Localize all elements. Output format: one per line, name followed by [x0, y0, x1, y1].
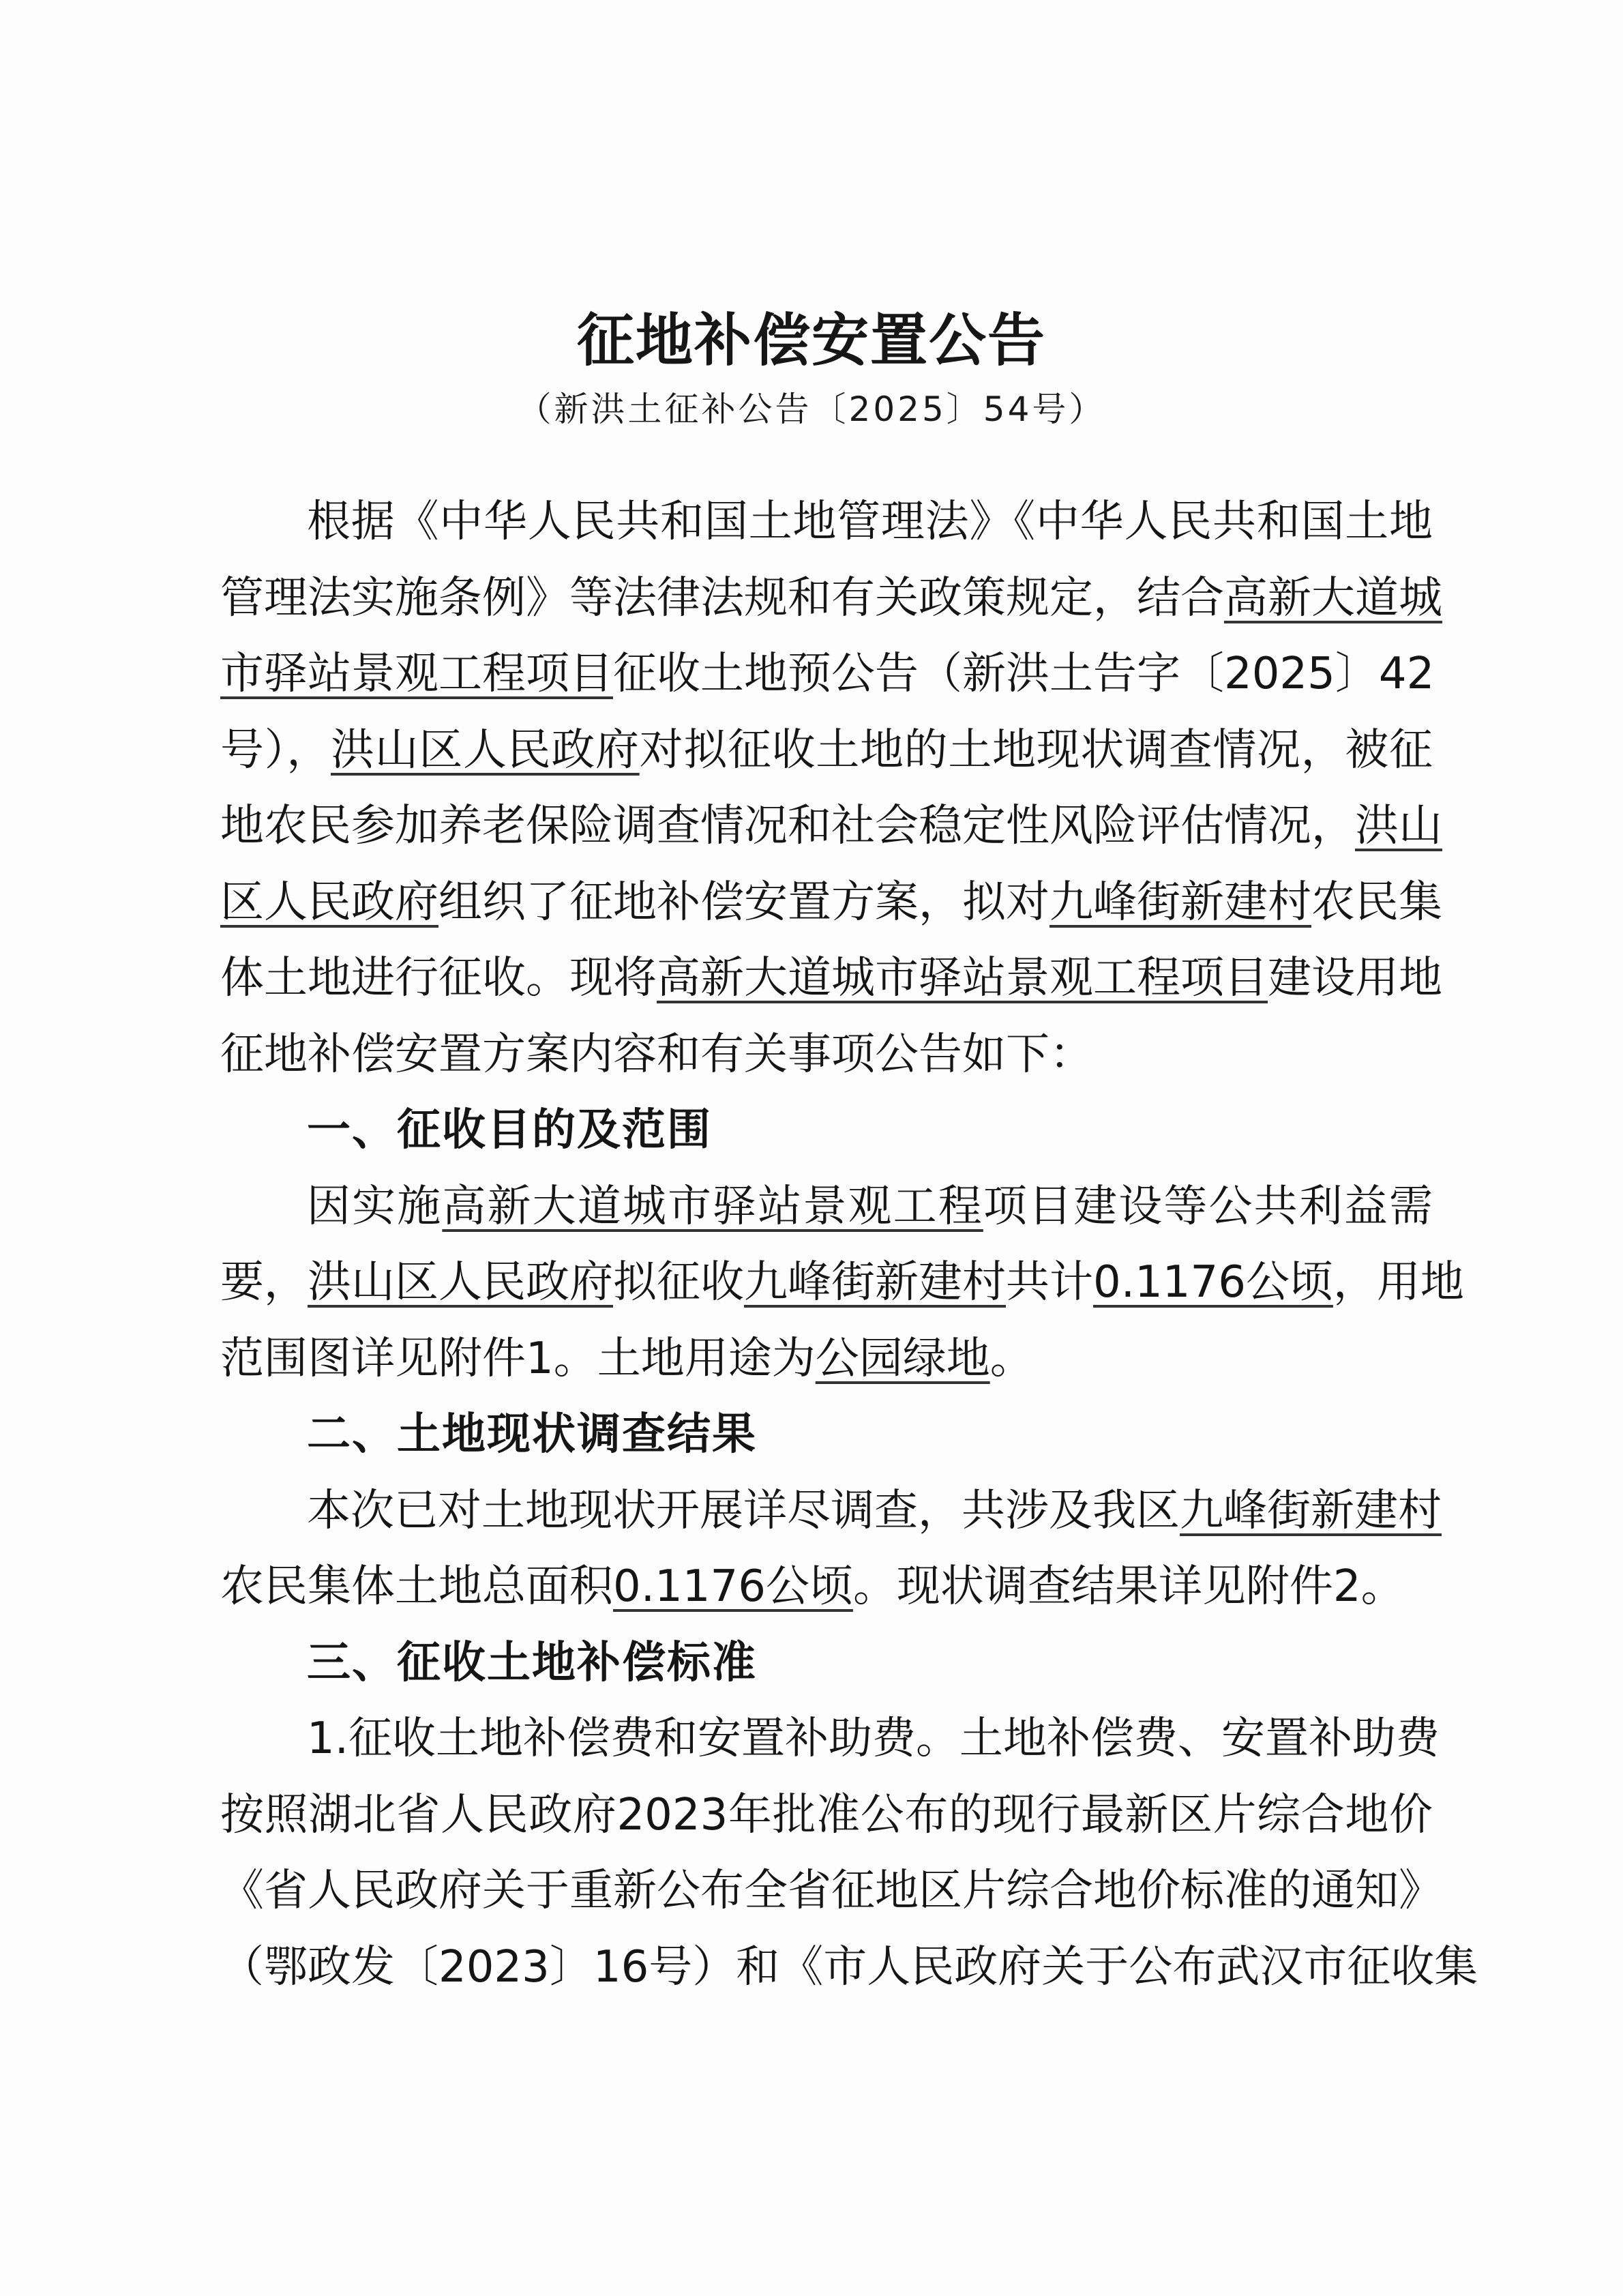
- underlined-field: 洪山区人民政府: [331, 725, 640, 776]
- text-segment: 按照湖北省人民政府2023年批准公布的现行最新区片综合地价: [220, 1790, 1433, 1840]
- body-line: 要，洪山区人民政府拟征收九峰街新建村共计0.1176公顷，用地: [220, 1252, 1433, 1313]
- document-page: 征地补偿安置公告 （新洪土征补公告〔2025〕54号） 根据《中华人民共和国土地…: [0, 0, 1623, 2296]
- text-segment: ，用地: [1333, 1257, 1464, 1308]
- text-segment: 对拟征收土地的土地现状调查情况，被征: [640, 725, 1433, 776]
- underlined-field: 九峰街新建村: [744, 1257, 1006, 1308]
- body-line: 农民集体土地总面积0.1176公顷。现状调查结果详见附件2。: [220, 1556, 1433, 1617]
- body-line: （鄂政发〔2023〕16号）和《市人民政府关于公布武汉市征收集: [220, 1937, 1433, 1998]
- document-title: 征地补偿安置公告: [0, 295, 1623, 377]
- text-segment: 三、征收土地补偿标准: [307, 1638, 757, 1688]
- text-segment: 拟征收: [613, 1257, 744, 1308]
- body-line: 地农民参加养老保险调查情况和社会稳定性风险评估情况，洪山: [220, 795, 1433, 857]
- underlined-field: 高新大道城市驿站景观工程项目: [657, 953, 1268, 1003]
- text-segment: 。现状调查结果详见附件2。: [853, 1561, 1405, 1612]
- body-line: 因实施高新大道城市驿站景观工程项目建设等公共利益需: [307, 1176, 1433, 1237]
- text-segment: 1.征收土地补偿费和安置补助费。土地补偿费、安置补助费: [307, 1713, 1440, 1764]
- body-line: 市驿站景观工程项目征收土地预公告（新洪土告字〔2025〕42: [220, 643, 1433, 705]
- text-segment: 《省人民政府关于重新公布全省征地区片综合地价标准的通知》: [220, 1866, 1442, 1916]
- text-segment: 本次已对土地现状开展详尽调查，共涉及我区: [307, 1486, 1180, 1536]
- underlined-field: 高新大道城市驿站景观工程: [442, 1181, 983, 1232]
- text-segment: （鄂政发〔2023〕16号）和《市人民政府关于公布武汉市征收集: [220, 1942, 1478, 1992]
- text-segment: 组织了征地补偿安置方案，拟对: [438, 877, 1049, 928]
- document-number: （新洪土征补公告〔2025〕54号）: [0, 382, 1623, 431]
- body-line: 范围图详见附件1。土地用途为公园绿地。: [220, 1328, 1433, 1389]
- text-segment: 号），: [220, 725, 331, 776]
- body-line: 《省人民政府关于重新公布全省征地区片综合地价标准的通知》: [220, 1860, 1433, 1922]
- body-line: 本次已对土地现状开展详尽调查，共涉及我区九峰街新建村: [307, 1480, 1433, 1542]
- underlined-field: 洪山区人民政府: [308, 1257, 613, 1308]
- underlined-field: 区人民政府: [220, 877, 438, 928]
- underlined-field: 0.1176公顷: [1093, 1257, 1333, 1308]
- text-segment: 。: [990, 1334, 1034, 1384]
- body-line: 体土地进行征收。现将高新大道城市驿站景观工程项目建设用地: [220, 947, 1433, 1009]
- text-segment: 地农民参加养老保险调查情况和社会稳定性风险评估情况，: [220, 801, 1355, 851]
- body-line: 区人民政府组织了征地补偿安置方案，拟对九峰街新建村农民集: [220, 872, 1433, 933]
- text-segment: 根据《中华人民共和国土地管理法》《中华人民共和国土地: [307, 497, 1433, 547]
- text-segment: 农民集: [1311, 877, 1442, 928]
- text-segment: 要，: [220, 1257, 308, 1308]
- text-segment: 征地补偿安置方案内容和有关事项公告如下：: [220, 1029, 1093, 1080]
- section-heading: 三、征收土地补偿标准: [307, 1632, 757, 1694]
- underlined-field: 市驿站景观工程项目: [220, 649, 613, 699]
- section-heading: 二、土地现状调查结果: [307, 1404, 757, 1465]
- text-segment: 共计: [1006, 1257, 1093, 1308]
- underlined-field: 0.1176公顷: [613, 1561, 853, 1612]
- text-segment: 项目建设等公共利益需: [983, 1181, 1433, 1232]
- body-line: 征地补偿安置方案内容和有关事项公告如下：: [220, 1024, 1433, 1085]
- text-segment: 二、土地现状调查结果: [307, 1409, 757, 1460]
- underlined-field: 九峰街新建村: [1049, 877, 1311, 928]
- text-segment: 因实施: [307, 1181, 442, 1232]
- text-segment: 范围图详见附件1。土地用途为: [220, 1334, 816, 1384]
- underlined-field: 公园绿地: [816, 1334, 990, 1384]
- body-line: 根据《中华人民共和国土地管理法》《中华人民共和国土地: [307, 491, 1433, 553]
- underlined-field: 高新大道城: [1224, 573, 1442, 623]
- body-line: 1.征收土地补偿费和安置补助费。土地补偿费、安置补助费: [307, 1708, 1433, 1769]
- text-segment: 农民集体土地总面积: [220, 1561, 613, 1612]
- underlined-field: 洪山: [1355, 801, 1442, 851]
- underlined-field: 九峰街新建村: [1180, 1486, 1442, 1536]
- text-segment: 一、征收目的及范围: [307, 1105, 712, 1156]
- body-line: 按照湖北省人民政府2023年批准公布的现行最新区片综合地价: [220, 1784, 1433, 1846]
- text-segment: 建设用地: [1268, 953, 1442, 1003]
- text-segment: 管理法实施条例》等法律法规和有关政策规定，结合: [220, 573, 1224, 623]
- section-heading: 一、征收目的及范围: [307, 1100, 712, 1161]
- text-segment: 体土地进行征收。现将: [220, 953, 657, 1003]
- body-line: 管理法实施条例》等法律法规和有关政策规定，结合高新大道城: [220, 568, 1433, 629]
- body-line: 号），洪山区人民政府对拟征收土地的土地现状调查情况，被征: [220, 720, 1433, 781]
- text-segment: 征收土地预公告（新洪土告字〔2025〕42: [613, 649, 1434, 699]
